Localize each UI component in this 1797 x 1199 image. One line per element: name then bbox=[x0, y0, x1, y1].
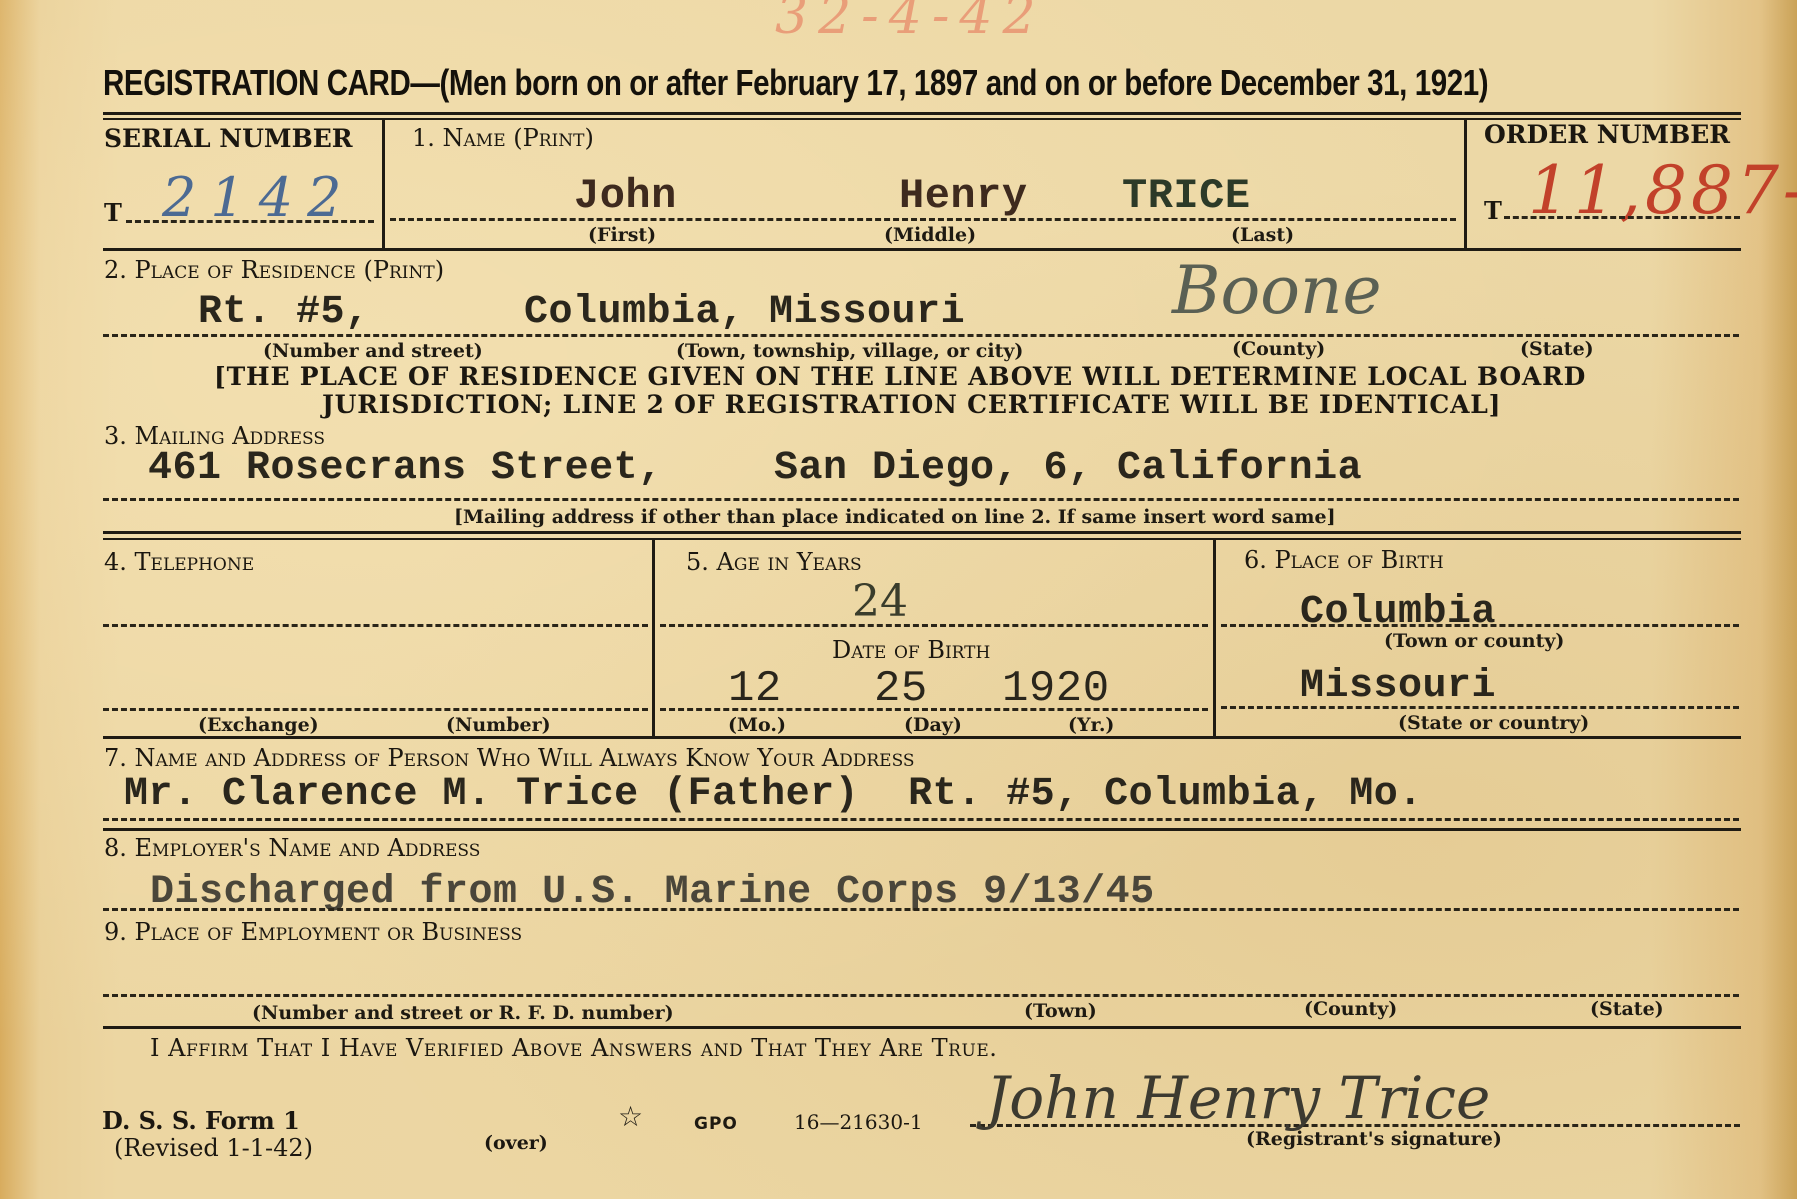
dob-month[interactable]: 12 bbox=[728, 664, 782, 714]
telephone-line-2 bbox=[103, 708, 648, 711]
name-first[interactable]: John bbox=[574, 172, 677, 220]
residence-town-caption: (Town, township, village, or city) bbox=[676, 340, 1023, 362]
employment-county-caption: (County) bbox=[1304, 998, 1397, 1020]
birthplace-town-caption: (Town or county) bbox=[1384, 630, 1564, 652]
divider-tel-age bbox=[652, 540, 655, 736]
section7-rule bbox=[103, 828, 1741, 831]
row4-bottom-rule bbox=[103, 736, 1741, 739]
mailing-caption: [Mailing address if other than place ind… bbox=[454, 506, 1336, 528]
residence-county[interactable]: Boone bbox=[1172, 252, 1382, 329]
divider-name-order bbox=[1464, 120, 1467, 248]
affirmation-text: I Affirm That I Have Verified Above Answ… bbox=[150, 1034, 997, 1062]
contact-label: 7. Name and Address of Person Who Will A… bbox=[104, 744, 915, 772]
dob-day[interactable]: 25 bbox=[874, 664, 928, 714]
dob-label: Date of Birth bbox=[832, 636, 990, 664]
birthplace-state-line bbox=[1221, 706, 1739, 709]
employment-place-line bbox=[103, 994, 1739, 997]
title-rule-top bbox=[103, 112, 1741, 115]
form-revised: (Revised 1-1-42) bbox=[114, 1134, 313, 1162]
divider-age-birth bbox=[1213, 540, 1216, 736]
employment-state-caption: (State) bbox=[1590, 998, 1664, 1020]
registrant-signature[interactable]: John Henry Trice bbox=[986, 1064, 1490, 1132]
telephone-number-caption: (Number) bbox=[446, 714, 551, 736]
age-label: 5. Age in Years bbox=[686, 548, 862, 576]
employment-place-label: 9. Place of Employment or Business bbox=[104, 918, 522, 946]
name-label: 1. Name (Print) bbox=[412, 124, 594, 152]
residence-state-caption: (State) bbox=[1520, 338, 1594, 360]
employment-town-caption: (Town) bbox=[1024, 1000, 1097, 1022]
gpo-mark: GPO bbox=[694, 1114, 738, 1134]
serial-prefix: T bbox=[104, 198, 122, 227]
birthplace-label: 6. Place of Birth bbox=[1244, 546, 1444, 574]
section9-rule bbox=[103, 1026, 1741, 1029]
telephone-label: 4. Telephone bbox=[104, 548, 254, 576]
residence-town[interactable]: Columbia, Missouri bbox=[524, 290, 965, 335]
mailing-street[interactable]: 461 Rosecrans Street, bbox=[148, 446, 663, 491]
residence-notice-line1: [THE PLACE OF RESIDENCE GIVEN ON THE LIN… bbox=[214, 362, 1586, 391]
section3-rule-top bbox=[103, 531, 1741, 534]
dob-line bbox=[660, 708, 1208, 711]
section3-rule-bottom bbox=[103, 538, 1741, 540]
residence-line bbox=[103, 334, 1739, 337]
order-prefix: T bbox=[1484, 196, 1502, 225]
dob-day-caption: (Day) bbox=[904, 714, 962, 736]
employer-label: 8. Employer's Name and Address bbox=[104, 834, 480, 862]
mailing-city[interactable]: San Diego, 6, California bbox=[774, 446, 1362, 491]
serial-line bbox=[126, 220, 374, 223]
star-icon: ☆ bbox=[618, 1100, 643, 1133]
name-first-caption: (First) bbox=[588, 224, 656, 246]
top-stamp-number: 32-4-42 bbox=[775, 0, 1046, 46]
residence-street-caption: (Number and street) bbox=[263, 340, 483, 362]
age-value[interactable]: 24 bbox=[852, 576, 908, 627]
divider-serial-name bbox=[382, 120, 385, 248]
employment-street-caption: (Number and street or R. F. D. number) bbox=[252, 1002, 674, 1024]
print-code: 16—21630-1 bbox=[794, 1110, 923, 1134]
signature-caption: (Registrant's signature) bbox=[1246, 1128, 1502, 1150]
name-middle[interactable]: Henry bbox=[899, 172, 1028, 220]
form-number: D. S. S. Form 1 bbox=[102, 1106, 300, 1135]
name-last[interactable]: TRICE bbox=[1122, 172, 1251, 220]
name-line bbox=[390, 218, 1456, 221]
form-over: (over) bbox=[484, 1132, 548, 1154]
row1-bottom-rule bbox=[103, 248, 1741, 251]
birthplace-state[interactable]: Missouri bbox=[1300, 664, 1496, 709]
card-title: REGISTRATION CARD—(Men born on or after … bbox=[103, 62, 1488, 104]
telephone-exchange-caption: (Exchange) bbox=[198, 714, 319, 736]
contact-line bbox=[103, 818, 1739, 821]
residence-notice-line2: JURISDICTION; LINE 2 OF REGISTRATION CER… bbox=[322, 390, 1501, 419]
name-middle-caption: (Middle) bbox=[884, 224, 976, 246]
order-number-label: ORDER NUMBER bbox=[1484, 120, 1730, 149]
employer-line bbox=[103, 908, 1739, 911]
dob-year-caption: (Yr.) bbox=[1068, 714, 1114, 736]
serial-number-label: SERIAL NUMBER bbox=[104, 124, 353, 153]
residence-county-caption: (County) bbox=[1232, 338, 1325, 360]
birthplace-town-line bbox=[1221, 624, 1739, 627]
mailing-line bbox=[103, 498, 1739, 501]
order-line bbox=[1504, 216, 1740, 219]
age-line bbox=[660, 624, 1208, 627]
birthplace-state-caption: (State or country) bbox=[1398, 712, 1589, 734]
dob-month-caption: (Mo.) bbox=[728, 714, 786, 736]
residence-street[interactable]: Rt. #5, bbox=[198, 290, 370, 335]
telephone-line-1 bbox=[103, 624, 648, 627]
birthplace-town[interactable]: Columbia bbox=[1300, 590, 1496, 635]
dob-year[interactable]: 1920 bbox=[1002, 664, 1110, 714]
name-last-caption: (Last) bbox=[1231, 224, 1294, 246]
contact-value[interactable]: Mr. Clarence M. Trice (Father) Rt. #5, C… bbox=[124, 772, 1423, 817]
residence-label: 2. Place of Residence (Print) bbox=[104, 256, 444, 284]
